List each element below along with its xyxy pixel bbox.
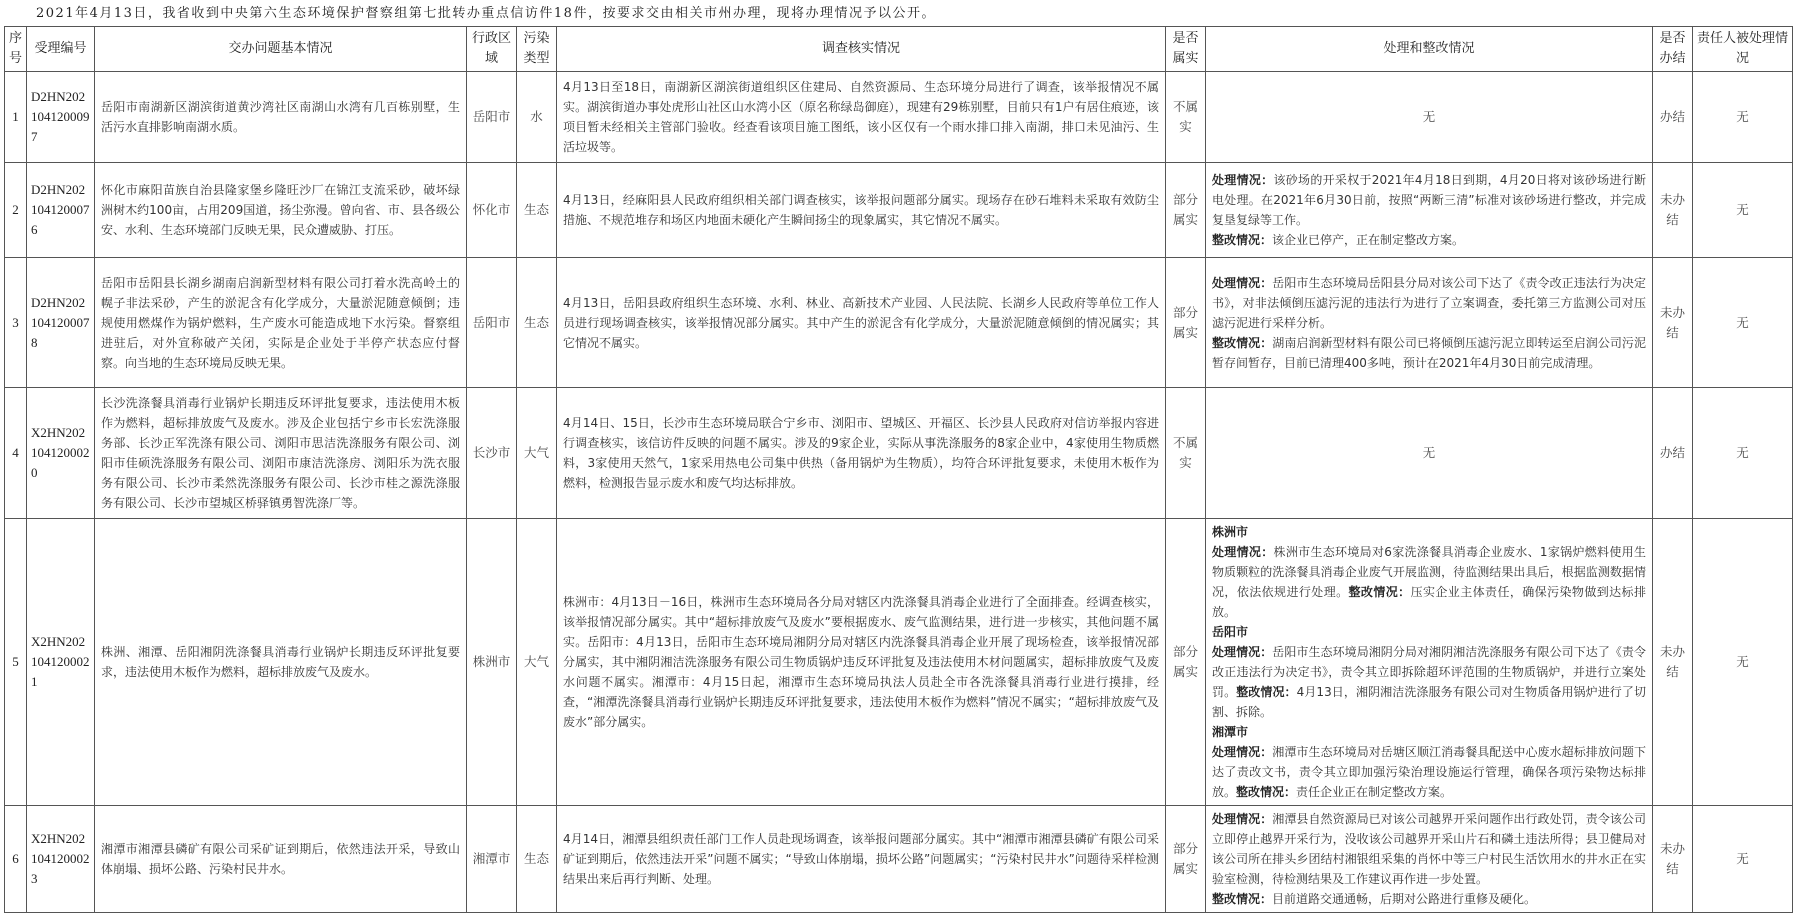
cell-pollution: 大气	[517, 388, 557, 519]
cell-handling: 处理情况：该砂场的开采权于2021年4月18日到期，4月20日将对该砂场进行断电…	[1206, 163, 1653, 258]
header-issue: 交办问题基本情况	[95, 27, 467, 72]
cell-id: D2HN2021041200097	[27, 72, 95, 163]
cell-investigation: 4月13日，经麻阳县人民政府组织相关部门调查核实，该举报问题部分属实。现场存在砂…	[557, 163, 1166, 258]
cell-region: 长沙市	[467, 388, 517, 519]
cell-seq: 3	[5, 258, 27, 388]
cell-accountability: 无	[1693, 163, 1793, 258]
cell-id: D2HN2021041200076	[27, 163, 95, 258]
cell-issue: 岳阳市南湖新区湖滨街道黄沙湾社区南湖山水湾有几百栋别墅，生活污水直排影响南湖水质…	[95, 72, 467, 163]
rectify-text: 责任企业正在制定整改方案。	[1296, 785, 1452, 799]
cell-investigation: 4月14日、15日，长沙市生态环境局联合宁乡市、浏阳市、望城区、开福区、长沙县人…	[557, 388, 1166, 519]
table-row: 3 D2HN2021041200078 岳阳市岳阳县长湖乡湖南启润新型材料有限公…	[5, 258, 1793, 388]
handling-text: 岳阳市生态环境局岳阳县分局对该公司下达了《责令改正违法行为决定书》，对非法倾倒压…	[1212, 276, 1646, 330]
rectify-label: 整改情况：	[1349, 585, 1411, 599]
table-header-row: 序号 受理编号 交办问题基本情况 行政区域 污染类型 调查核实情况 是否属实 处…	[5, 27, 1793, 72]
complaint-report-table: 序号 受理编号 交办问题基本情况 行政区域 污染类型 调查核实情况 是否属实 处…	[4, 26, 1793, 875]
table-row: 4 X2HN2021041200020 长沙洗涤餐具消毒行业锅炉长期违反环评批复…	[5, 388, 1793, 519]
cell-seq: 2	[5, 163, 27, 258]
cell-seq: 6	[5, 806, 27, 876]
table-row: 6 X2HN2021041200023 湘潭市湘潭县磷矿有限公司采矿证到期后，依…	[5, 806, 1793, 876]
cell-handling: 株洲市 处理情况：株洲市生态环境局对6家洗涤餐具消毒企业废水、1家锅炉燃料使用生…	[1206, 519, 1653, 806]
handling-label: 处理情况：	[1212, 812, 1272, 826]
table-row: 2 D2HN2021041200076 怀化市麻阳苗族自治县隆家堡乡隆旺沙厂在锦…	[5, 163, 1793, 258]
cell-handling: 无	[1206, 388, 1653, 519]
table-row: 5 X2HN2021041200021 株洲、湘潭、岳阳湘阴洗涤餐具消毒行业锅炉…	[5, 519, 1793, 806]
cell-verified: 部分属实	[1166, 258, 1206, 388]
cell-investigation: 4月14日，湘潭县组织责任部门工作人员赴现场调查，该举报问题部分属实。其中“湘潭…	[557, 806, 1166, 876]
rectify-label: 整改情况：	[1236, 785, 1296, 799]
cell-closed: 办结	[1653, 72, 1693, 163]
cell-region: 岳阳市	[467, 72, 517, 163]
city-heading-zhuzhou: 株洲市	[1212, 522, 1646, 542]
cell-investigation: 株洲市：4月13日－16日，株洲市生态环境局各分局对辖区内洗涤餐具消毒企业进行了…	[557, 519, 1166, 806]
cell-issue: 岳阳市岳阳县长湖乡湖南启润新型材料有限公司打着水洗高岭土的幌子非法采砂，产生的淤…	[95, 258, 467, 388]
header-handling: 处理和整改情况	[1206, 27, 1653, 72]
cell-accountability: 无	[1693, 806, 1793, 876]
city-heading-yueyang: 岳阳市	[1212, 622, 1646, 642]
cell-region: 湘潭市	[467, 806, 517, 876]
header-region: 行政区域	[467, 27, 517, 72]
handling-text: 湘潭县自然资源局已对该公司越界开采问题作出行政处罚，责令该公司立即停止越界开采行…	[1212, 812, 1646, 875]
header-id: 受理编号	[27, 27, 95, 72]
intro-paragraph: 2021年4月13日，我省收到中央第六生态环境保护督察组第七批转办重点信访件18…	[0, 0, 936, 28]
rectify-text: 该企业已停产，正在制定整改方案。	[1272, 233, 1464, 247]
cell-seq: 5	[5, 519, 27, 806]
cell-verified: 不属实	[1166, 388, 1206, 519]
table-row: 1 D2HN2021041200097 岳阳市南湖新区湖滨街道黄沙湾社区南湖山水…	[5, 72, 1793, 163]
cell-issue: 湘潭市湘潭县磷矿有限公司采矿证到期后，依然违法开采，导致山体崩塌、损坏公路、污染…	[95, 806, 467, 876]
handling-text: 该砂场的开采权于2021年4月18日到期，4月20日将对该砂场进行断电处理。在2…	[1212, 173, 1646, 227]
cell-closed: 未办结	[1653, 163, 1693, 258]
cell-region: 株洲市	[467, 519, 517, 806]
cell-seq: 1	[5, 72, 27, 163]
cell-id: X2HN2021041200023	[27, 806, 95, 876]
cell-region: 岳阳市	[467, 258, 517, 388]
cell-accountability: 无	[1693, 388, 1793, 519]
cell-region: 怀化市	[467, 163, 517, 258]
cell-id: X2HN2021041200021	[27, 519, 95, 806]
rectify-text: 湖南启润新型材料有限公司已将倾倒压滤污泥立即转运至启润公司污泥暂存间暂存，目前已…	[1212, 336, 1646, 370]
handling-label: 处理情况：	[1212, 276, 1272, 290]
header-accountability: 责任人被处理情况	[1693, 27, 1793, 72]
cell-closed: 未办结	[1653, 258, 1693, 388]
cell-handling: 处理情况：岳阳市生态环境局岳阳县分局对该公司下达了《责令改正违法行为决定书》，对…	[1206, 258, 1653, 388]
rectify-label: 整改情况：	[1212, 336, 1272, 350]
city-heading-xiangtan: 湘潭市	[1212, 722, 1646, 742]
cell-handling: 处理情况：湘潭县自然资源局已对该公司越界开采问题作出行政处罚，责令该公司立即停止…	[1206, 806, 1653, 876]
cell-pollution: 大气	[517, 519, 557, 806]
header-investigation: 调查核实情况	[557, 27, 1166, 72]
cell-pollution: 生态	[517, 258, 557, 388]
cell-issue: 株洲、湘潭、岳阳湘阴洗涤餐具消毒行业锅炉长期违反环评批复要求，违法使用木板作为燃…	[95, 519, 467, 806]
cell-closed: 办结	[1653, 388, 1693, 519]
cell-investigation: 4月13日，岳阳县政府组织生态环境、水利、林业、高新技术产业园、人民法院、长湖乡…	[557, 258, 1166, 388]
handling-label: 处理情况：	[1212, 745, 1272, 759]
handling-label: 处理情况：	[1212, 173, 1273, 187]
cell-seq: 4	[5, 388, 27, 519]
header-verified: 是否属实	[1166, 27, 1206, 72]
cell-pollution: 生态	[517, 806, 557, 876]
header-pollution: 污染类型	[517, 27, 557, 72]
cell-verified: 部分属实	[1166, 519, 1206, 806]
rectify-label: 整改情况：	[1236, 685, 1296, 699]
cell-id: X2HN2021041200020	[27, 388, 95, 519]
cell-issue: 怀化市麻阳苗族自治县隆家堡乡隆旺沙厂在锦江支流采砂，破坏绿洲树木约100亩，占用…	[95, 163, 467, 258]
cell-verified: 不属实	[1166, 72, 1206, 163]
cell-pollution: 生态	[517, 163, 557, 258]
header-closed: 是否办结	[1653, 27, 1693, 72]
cell-closed: 未办结	[1653, 806, 1693, 876]
cell-verified: 部分属实	[1166, 163, 1206, 258]
handling-label: 处理情况：	[1212, 645, 1272, 659]
rectify-label: 整改情况：	[1212, 233, 1272, 247]
cell-handling: 无	[1206, 72, 1653, 163]
cell-verified: 部分属实	[1166, 806, 1206, 876]
cell-accountability: 无	[1693, 519, 1793, 806]
cell-accountability: 无	[1693, 72, 1793, 163]
cell-investigation: 4月13日至18日，南湖新区湖滨街道组织区住建局、自然资源局、生态环境分局进行了…	[557, 72, 1166, 163]
cell-issue: 长沙洗涤餐具消毒行业锅炉长期违反环评批复要求，违法使用木板作为燃料，超标排放废气…	[95, 388, 467, 519]
cell-id: D2HN2021041200078	[27, 258, 95, 388]
cell-accountability: 无	[1693, 258, 1793, 388]
handling-label: 处理情况：	[1212, 545, 1274, 559]
cell-pollution: 水	[517, 72, 557, 163]
cell-closed: 未办结	[1653, 519, 1693, 806]
header-seq: 序号	[5, 27, 27, 72]
